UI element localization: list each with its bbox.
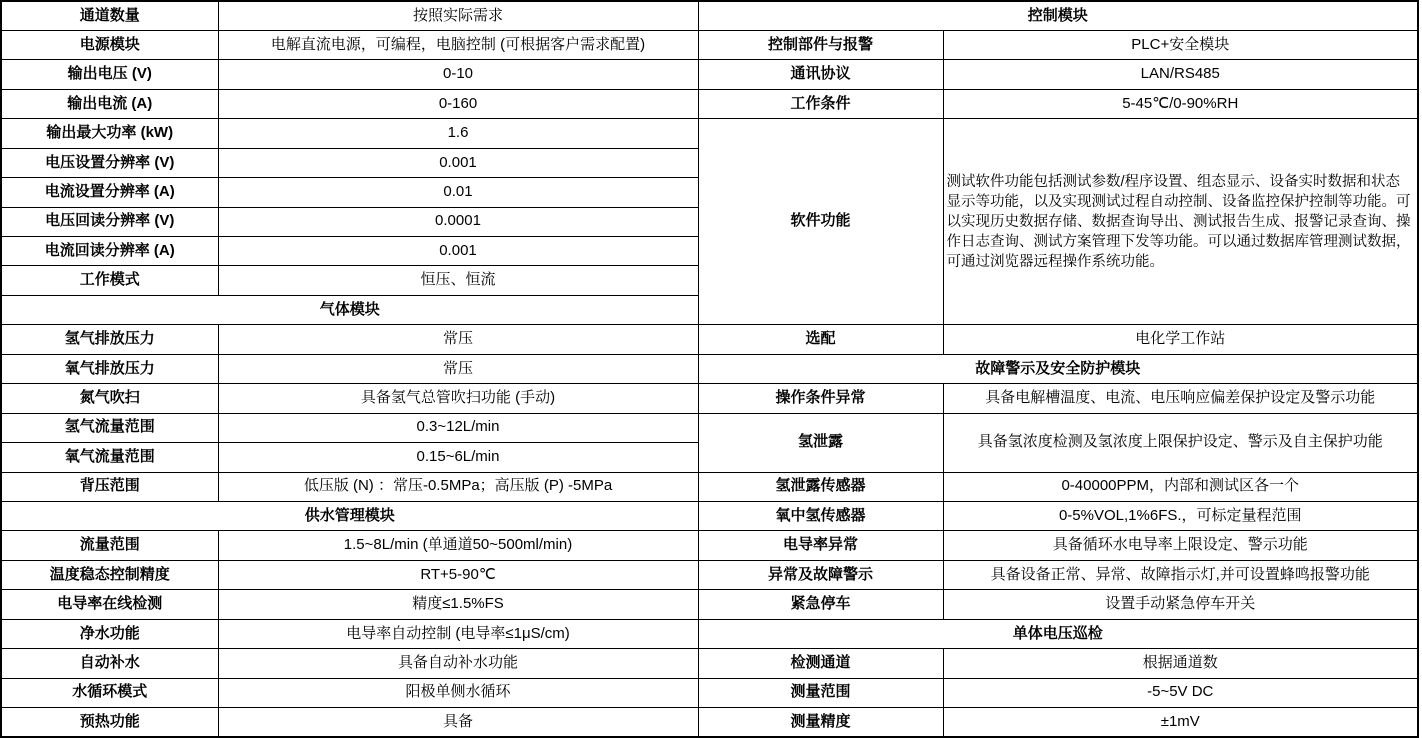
spec-label-cell: 通讯协议	[698, 60, 943, 89]
section-header-cell: 单体电压巡检	[698, 619, 1418, 648]
spec-label-cell: 工作条件	[698, 89, 943, 118]
spec-value-cell: 0.3~12L/min	[218, 413, 698, 442]
spec-label-cell: 控制部件与报警	[698, 30, 943, 59]
spec-value-cell: 精度≤1.5%FS	[218, 590, 698, 619]
spec-row: 输出电流 (A)0-160工作条件5-45℃/0-90%RH	[1, 89, 1418, 118]
spec-label-cell: 输出电流 (A)	[1, 89, 218, 118]
spec-value-cell: 0-40000PPM，内部和测试区各一个	[943, 472, 1418, 501]
spec-row: 背压范围低压版 (N) ：常压-0.5MPa；高压版 (P) -5MPa氢泄露传…	[1, 472, 1418, 501]
spec-table-body: 通道数量按照实际需求控制模块电源模块电解直流电源，可编程，电脑控制 (可根据客户…	[1, 1, 1418, 737]
spec-label-cell: 氢泄露	[698, 413, 943, 472]
spec-row: 输出最大功率 (kW)1.6软件功能测试软件功能包括测试参数/程序设置、组态显示…	[1, 119, 1418, 148]
spec-sheet: 通道数量按照实际需求控制模块电源模块电解直流电源，可编程，电脑控制 (可根据客户…	[0, 0, 1422, 738]
spec-label-cell: 紧急停车	[698, 590, 943, 619]
spec-row: 预热功能具备测量精度±1mV	[1, 708, 1418, 738]
spec-label-cell: 氧气流量范围	[1, 443, 218, 472]
section-header-cell: 控制模块	[698, 1, 1418, 30]
spec-value-cell: 5-45℃/0-90%RH	[943, 89, 1418, 118]
spec-value-cell: -5~5V DC	[943, 678, 1418, 707]
spec-row: 自动补水具备自动补水功能检测通道根据通道数	[1, 649, 1418, 678]
spec-value-cell: 恒压、恒流	[218, 266, 698, 295]
spec-label-cell: 异常及故障警示	[698, 560, 943, 589]
spec-label-cell: 净水功能	[1, 619, 218, 648]
spec-value-cell: 0-5%VOL,1%6FS.，可标定量程范围	[943, 501, 1418, 530]
spec-label-cell: 电源模块	[1, 30, 218, 59]
spec-value-cell: 常压	[218, 325, 698, 354]
spec-label-cell: 通道数量	[1, 1, 218, 30]
spec-value-cell: 具备设备正常、异常、故障指示灯,并可设置蜂鸣报警功能	[943, 560, 1418, 589]
spec-value-cell: 0-10	[218, 60, 698, 89]
spec-label-cell: 测量范围	[698, 678, 943, 707]
spec-value-cell: 阳极单侧水循环	[218, 678, 698, 707]
spec-value-cell: 0.01	[218, 178, 698, 207]
spec-label-cell: 检测通道	[698, 649, 943, 678]
spec-label-cell: 背压范围	[1, 472, 218, 501]
spec-row: 净水功能电导率自动控制 (电导率≤1μS/cm)单体电压巡检	[1, 619, 1418, 648]
spec-value-cell: 设置手动紧急停车开关	[943, 590, 1418, 619]
spec-row: 电源模块电解直流电源，可编程，电脑控制 (可根据客户需求配置)控制部件与报警PL…	[1, 30, 1418, 59]
spec-label-cell: 氢气排放压力	[1, 325, 218, 354]
spec-label-cell: 电导率异常	[698, 531, 943, 560]
spec-label-cell: 输出电压 (V)	[1, 60, 218, 89]
spec-row: 氢气流量范围0.3~12L/min氢泄露具备氢浓度检测及氢浓度上限保护设定、警示…	[1, 413, 1418, 442]
spec-label-cell: 电流设置分辨率 (A)	[1, 178, 218, 207]
spec-value-cell: 具备自动补水功能	[218, 649, 698, 678]
spec-label-cell: 电流回读分辨率 (A)	[1, 237, 218, 266]
spec-label-cell: 氧中氢传感器	[698, 501, 943, 530]
spec-value-cell: 1.6	[218, 119, 698, 148]
spec-value-cell: 0.001	[218, 148, 698, 177]
spec-row: 水循环模式阳极单侧水循环测量范围-5~5V DC	[1, 678, 1418, 707]
spec-value-cell: PLC+安全模块	[943, 30, 1418, 59]
spec-row: 氮气吹扫具备氢气总管吹扫功能 (手动)操作条件异常具备电解槽温度、电流、电压响应…	[1, 384, 1418, 413]
spec-label-cell: 软件功能	[698, 119, 943, 325]
spec-row: 流量范围1.5~8L/min (单通道50~500ml/min)电导率异常具备循…	[1, 531, 1418, 560]
spec-value-cell: RT+5-90℃	[218, 560, 698, 589]
spec-label-cell: 氢气流量范围	[1, 413, 218, 442]
spec-value-cell: 1.5~8L/min (单通道50~500ml/min)	[218, 531, 698, 560]
spec-value-cell: 0.001	[218, 237, 698, 266]
spec-value-cell: 低压版 (N) ：常压-0.5MPa；高压版 (P) -5MPa	[218, 472, 698, 501]
spec-label-cell: 氧气排放压力	[1, 354, 218, 383]
spec-label-cell: 流量范围	[1, 531, 218, 560]
spec-value-cell: 0.15~6L/min	[218, 443, 698, 472]
spec-value-cell: ±1mV	[943, 708, 1418, 738]
spec-label-cell: 电压设置分辨率 (V)	[1, 148, 218, 177]
spec-value-cell: 常压	[218, 354, 698, 383]
spec-table: 通道数量按照实际需求控制模块电源模块电解直流电源，可编程，电脑控制 (可根据客户…	[0, 0, 1419, 738]
spec-value-cell: LAN/RS485	[943, 60, 1418, 89]
spec-row: 电导率在线检测精度≤1.5%FS紧急停车设置手动紧急停车开关	[1, 590, 1418, 619]
spec-value-cell: 具备循环水电导率上限设定、警示功能	[943, 531, 1418, 560]
spec-value-cell: 0-160	[218, 89, 698, 118]
spec-label-cell: 操作条件异常	[698, 384, 943, 413]
spec-label-cell: 电压回读分辨率 (V)	[1, 207, 218, 236]
spec-label-cell: 氮气吹扫	[1, 384, 218, 413]
spec-row: 温度稳态控制精度RT+5-90℃异常及故障警示具备设备正常、异常、故障指示灯,并…	[1, 560, 1418, 589]
spec-value-cell: 电化学工作站	[943, 325, 1418, 354]
spec-label-cell: 电导率在线检测	[1, 590, 218, 619]
spec-value-cell: 具备	[218, 708, 698, 738]
spec-label-cell: 输出最大功率 (kW)	[1, 119, 218, 148]
spec-value-cell: 电导率自动控制 (电导率≤1μS/cm)	[218, 619, 698, 648]
spec-row: 通道数量按照实际需求控制模块	[1, 1, 1418, 30]
spec-value-cell: 测试软件功能包括测试参数/程序设置、组态显示、设备实时数据和状态显示等功能，以及…	[943, 119, 1418, 325]
spec-row: 供水管理模块氧中氢传感器0-5%VOL,1%6FS.，可标定量程范围	[1, 501, 1418, 530]
spec-value-cell: 电解直流电源，可编程，电脑控制 (可根据客户需求配置)	[218, 30, 698, 59]
spec-value-cell: 具备电解槽温度、电流、电压响应偏差保护设定及警示功能	[943, 384, 1418, 413]
spec-row: 氢气排放压力常压选配电化学工作站	[1, 325, 1418, 354]
spec-label-cell: 测量精度	[698, 708, 943, 738]
section-header-cell: 供水管理模块	[1, 501, 698, 530]
spec-value-cell: 具备氢气总管吹扫功能 (手动)	[218, 384, 698, 413]
spec-label-cell: 自动补水	[1, 649, 218, 678]
spec-value-cell: 根据通道数	[943, 649, 1418, 678]
spec-value-cell: 具备氢浓度检测及氢浓度上限保护设定、警示及自主保护功能	[943, 413, 1418, 472]
spec-label-cell: 水循环模式	[1, 678, 218, 707]
spec-label-cell: 选配	[698, 325, 943, 354]
spec-row: 氧气排放压力常压故障警示及安全防护模块	[1, 354, 1418, 383]
spec-label-cell: 温度稳态控制精度	[1, 560, 218, 589]
spec-value-cell: 0.0001	[218, 207, 698, 236]
spec-row: 输出电压 (V)0-10通讯协议LAN/RS485	[1, 60, 1418, 89]
spec-label-cell: 氢泄露传感器	[698, 472, 943, 501]
spec-label-cell: 预热功能	[1, 708, 218, 738]
section-header-cell: 气体模块	[1, 295, 698, 324]
section-header-cell: 故障警示及安全防护模块	[698, 354, 1418, 383]
spec-label-cell: 工作模式	[1, 266, 218, 295]
spec-value-cell: 按照实际需求	[218, 1, 698, 30]
